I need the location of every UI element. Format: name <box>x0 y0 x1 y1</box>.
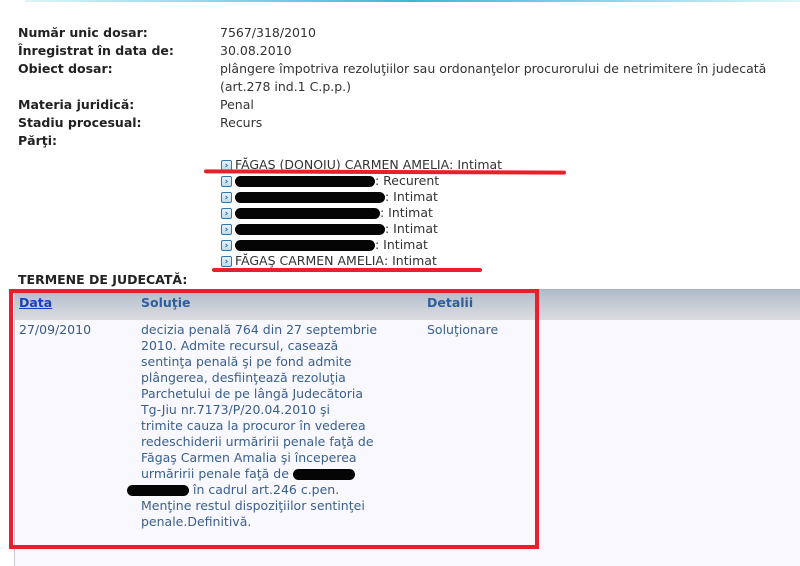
redacted-name <box>235 192 385 203</box>
chevron-right-icon[interactable]: › <box>221 208 232 219</box>
party-role: : Recurent <box>375 173 439 189</box>
annotation-box <box>9 289 539 549</box>
label: Înregistrat în data de: <box>18 42 220 60</box>
label: Stadiu procesual: <box>18 114 220 132</box>
party-item[interactable]: ›FĂGAŞ CARMEN AMELIA : Intimat <box>221 253 502 269</box>
party-item[interactable]: › : Recurent <box>221 173 502 189</box>
hearings-title: TERMENE DE JUDECATĂ: <box>18 272 187 287</box>
row-parties: Părţi: <box>18 132 798 150</box>
chevron-right-icon[interactable]: › <box>221 192 232 203</box>
party-role: : Intimat <box>385 221 438 237</box>
party-item[interactable]: › : Intimat <box>221 237 502 253</box>
label: Obiect dosar: <box>18 60 220 96</box>
redacted-name <box>235 176 375 187</box>
chevron-right-icon[interactable]: › <box>221 176 232 187</box>
label: Părţi: <box>18 132 220 150</box>
redacted-name <box>235 224 385 235</box>
case-details: Număr unic dosar: 7567/318/2010 Înregist… <box>18 24 798 150</box>
chevron-right-icon[interactable]: › <box>221 240 232 251</box>
party-item[interactable]: › : Intimat <box>221 189 502 205</box>
row-registered-date: Înregistrat în data de: 30.08.2010 <box>18 42 798 60</box>
chevron-right-icon[interactable]: › <box>221 256 232 267</box>
value: 30.08.2010 <box>220 42 798 60</box>
party-role: : Intimat <box>375 237 428 253</box>
party-name: FĂGAŞ CARMEN AMELIA <box>235 253 384 269</box>
redacted-name <box>235 208 380 219</box>
label: Număr unic dosar: <box>18 24 220 42</box>
party-item[interactable]: › : Intimat <box>221 205 502 221</box>
row-case-number: Număr unic dosar: 7567/318/2010 <box>18 24 798 42</box>
value: Recurs <box>220 114 798 132</box>
party-role: : Intimat <box>380 205 433 221</box>
row-case-object: Obiect dosar: plângere împotriva rezoluţ… <box>18 60 798 96</box>
party-item[interactable]: › : Intimat <box>221 221 502 237</box>
row-procedural-stage: Stadiu procesual: Recurs <box>18 114 798 132</box>
annotation-underline <box>212 268 482 272</box>
row-legal-matter: Materia juridică: Penal <box>18 96 798 114</box>
party-role: : Intimat <box>384 253 437 269</box>
redacted-name <box>235 240 375 251</box>
value: Penal <box>220 96 798 114</box>
value: 7567/318/2010 <box>220 24 798 42</box>
top-accent-bar <box>25 0 800 2</box>
value: plângere împotriva rezoluţiilor sau ordo… <box>220 60 795 96</box>
chevron-right-icon[interactable]: › <box>221 224 232 235</box>
party-role: : Intimat <box>385 189 438 205</box>
label: Materia juridică: <box>18 96 220 114</box>
